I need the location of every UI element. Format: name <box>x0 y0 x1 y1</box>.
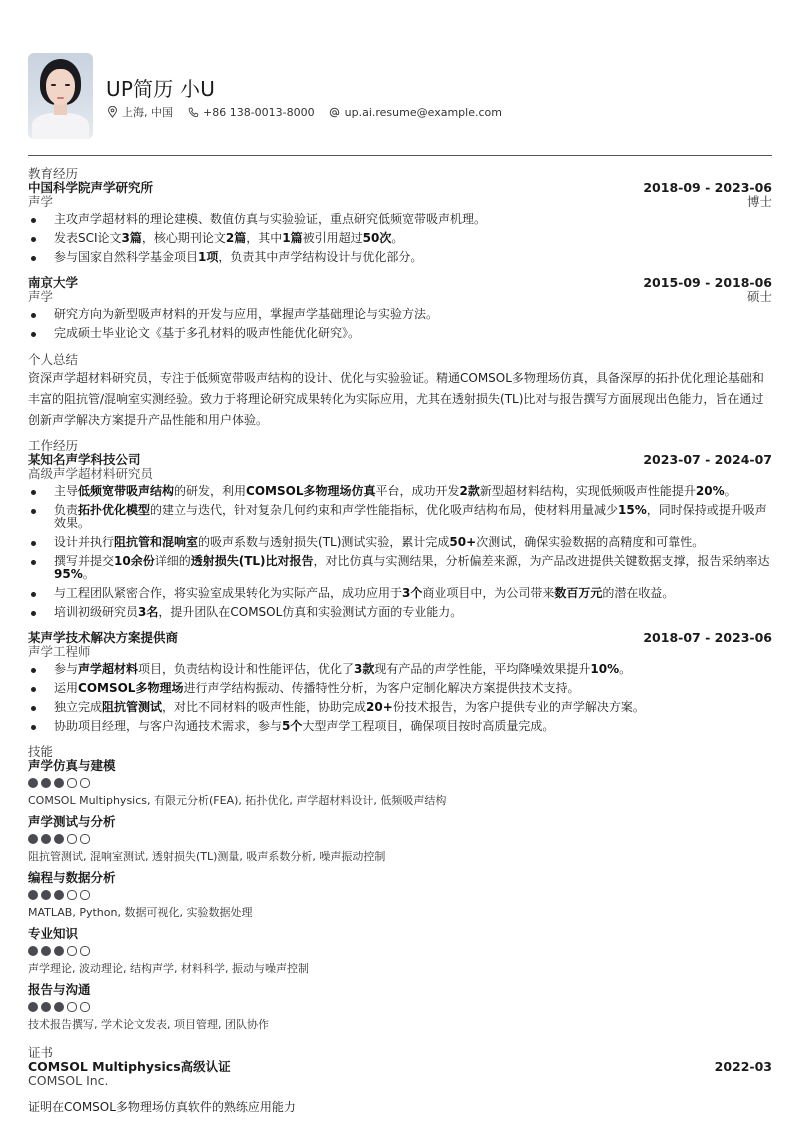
work-entry: 某声学技术解决方案提供商 声学工程师 2018-07 - 2023-06 参与声… <box>28 631 772 733</box>
skill-name: 报告与沟通 <box>28 983 772 997</box>
skill-item: 声学仿真与建模COMSOL Multiphysics, 有限元分析(FEA), … <box>28 759 772 807</box>
filled-dot-icon <box>54 1002 64 1012</box>
section-title: 技能 <box>28 745 772 759</box>
bullet-list: 主攻声学超材料的理论建模、数值仿真与实验验证，重点研究低频宽带吸声机理。发表SC… <box>28 213 772 264</box>
company-name: 某知名声学科技公司 <box>28 453 153 467</box>
empty-dot-icon <box>67 946 77 956</box>
empty-dot-icon <box>67 778 77 788</box>
phone-icon <box>187 106 199 118</box>
resume-body: 教育经历 中国科学院声学研究所 声学 2018-09 - 2023-06 博士 … <box>28 167 772 1114</box>
filled-dot-icon <box>28 778 38 788</box>
empty-dot-icon <box>80 946 90 956</box>
bullet-item: 设计并执行阻抗管和混响室的吸声系数与透射损失(TL)测试实验，累计完成50+次测… <box>28 536 772 549</box>
summary-text: 资深声学超材料研究员，专注于低频宽带吸声结构的设计、优化与实验验证。精通COMS… <box>28 368 772 431</box>
filled-dot-icon <box>28 890 38 900</box>
certificate-date: 2022-03 <box>715 1060 772 1074</box>
job-title: 声学工程师 <box>28 645 178 659</box>
skill-name: 专业知识 <box>28 927 772 941</box>
bullet-list: 研究方向为新型吸声材料的开发与应用，掌握声学基础理论与实验方法。完成硕士毕业论文… <box>28 308 772 340</box>
major: 声学 <box>28 195 153 209</box>
bullet-item: 培训初级研究员3名，提升团队在COMSOL仿真和实验测试方面的专业能力。 <box>28 606 772 619</box>
skill-name: 声学测试与分析 <box>28 815 772 829</box>
filled-dot-icon <box>28 946 38 956</box>
filled-dot-icon <box>54 778 64 788</box>
bullet-item: 负责拓扑优化模型的建立与迭代，针对复杂几何约束和声学性能指标，优化吸声结构布局，… <box>28 504 772 530</box>
skill-item: 声学测试与分析阻抗管测试, 混响室测试, 透射损失(TL)测量, 吸声系数分析,… <box>28 815 772 863</box>
certificate-description: 证明在COMSOL多物理场仿真软件的熟练应用能力 <box>28 1100 772 1114</box>
filled-dot-icon <box>41 890 51 900</box>
contact-info: 上海, 中国 +86 138-0013-8000 up.ai.resume@ex… <box>106 104 502 120</box>
skill-level-rating <box>28 1002 772 1012</box>
date-range: 2023-07 - 2024-07 <box>643 453 772 467</box>
bullet-item: 完成硕士毕业论文《基于多孔材料的吸声性能优化研究》。 <box>28 327 772 340</box>
skill-level-rating <box>28 890 772 900</box>
location-text: 上海, 中国 <box>122 104 173 120</box>
certificates-section: 证书 COMSOL Multiphysics高级认证 COMSOL Inc. 2… <box>28 1046 772 1114</box>
header-divider <box>28 155 772 156</box>
skill-name: 编程与数据分析 <box>28 871 772 885</box>
empty-dot-icon <box>67 834 77 844</box>
bullet-item: 独立完成阻抗管测试，对比不同材料的吸声性能，协助完成20+份技术报告，为客户提供… <box>28 701 772 714</box>
summary-section: 个人总结 资深声学超材料研究员，专注于低频宽带吸声结构的设计、优化与实验验证。精… <box>28 353 772 431</box>
empty-dot-icon <box>80 1002 90 1012</box>
school-name: 中国科学院声学研究所 <box>28 181 153 195</box>
candidate-name: UP简历 小U <box>106 73 215 102</box>
date-range: 2018-07 - 2023-06 <box>643 631 772 645</box>
section-title: 工作经历 <box>28 439 772 453</box>
degree: 博士 <box>747 195 772 209</box>
job-title: 高级声学超材料研究员 <box>28 467 153 481</box>
skill-item: 报告与沟通技术报告撰写, 学术论文发表, 项目管理, 团队协作 <box>28 983 772 1031</box>
resume-header: UP简历 小U 上海, 中国 +86 138-0013-8000 up.ai.r… <box>28 53 772 143</box>
bullet-item: 主导低频宽带吸声结构的研发，利用COMSOL多物理场仿真平台，成功开发2款新型超… <box>28 485 772 498</box>
section-title: 教育经历 <box>28 167 772 181</box>
bullet-item: 运用COMSOL多物理场进行声学结构振动、传播特性分析，为客户定制化解决方案提供… <box>28 682 772 695</box>
education-entry: 南京大学 声学 2015-09 - 2018-06 硕士 研究方向为新型吸声材料… <box>28 276 772 340</box>
filled-dot-icon <box>41 778 51 788</box>
skill-level-rating <box>28 778 772 788</box>
school-name: 南京大学 <box>28 276 78 290</box>
filled-dot-icon <box>54 946 64 956</box>
filled-dot-icon <box>41 946 51 956</box>
map-pin-icon <box>106 106 118 118</box>
education-section: 教育经历 中国科学院声学研究所 声学 2018-09 - 2023-06 博士 … <box>28 167 772 340</box>
empty-dot-icon <box>80 890 90 900</box>
filled-dot-icon <box>54 834 64 844</box>
bullet-list: 参与声学超材料项目，负责结构设计和性能评估，优化了3款现有产品的声学性能，平均降… <box>28 663 772 733</box>
email-link[interactable]: up.ai.resume@example.com <box>345 106 502 119</box>
phone-text[interactable]: +86 138-0013-8000 <box>203 106 315 119</box>
education-entry: 中国科学院声学研究所 声学 2018-09 - 2023-06 博士 主攻声学超… <box>28 181 772 264</box>
skill-keywords: 技术报告撰写, 学术论文发表, 项目管理, 团队协作 <box>28 1018 772 1031</box>
skill-level-rating <box>28 946 772 956</box>
skill-keywords: 阻抗管测试, 混响室测试, 透射损失(TL)测量, 吸声系数分析, 噪声振动控制 <box>28 850 772 863</box>
major: 声学 <box>28 290 78 304</box>
filled-dot-icon <box>41 1002 51 1012</box>
section-title: 个人总结 <box>28 353 772 367</box>
bullet-item: 研究方向为新型吸声材料的开发与应用，掌握声学基础理论与实验方法。 <box>28 308 772 321</box>
bullet-item: 主攻声学超材料的理论建模、数值仿真与实验验证，重点研究低频宽带吸声机理。 <box>28 213 772 226</box>
skills-list: 声学仿真与建模COMSOL Multiphysics, 有限元分析(FEA), … <box>28 759 772 1031</box>
certificate-issuer: COMSOL Inc. <box>28 1074 231 1088</box>
filled-dot-icon <box>54 890 64 900</box>
section-title: 证书 <box>28 1046 772 1060</box>
at-sign-icon <box>329 106 341 118</box>
empty-dot-icon <box>67 1002 77 1012</box>
bullet-item: 与工程团队紧密合作，将实验室成果转化为实际产品，成功应用于3个商业项目中，为公司… <box>28 587 772 600</box>
skill-item: 专业知识声学理论, 波动理论, 结构声学, 材料科学, 振动与噪声控制 <box>28 927 772 975</box>
skill-keywords: 声学理论, 波动理论, 结构声学, 材料科学, 振动与噪声控制 <box>28 962 772 975</box>
skill-keywords: COMSOL Multiphysics, 有限元分析(FEA), 拓扑优化, 声… <box>28 794 772 807</box>
bullet-item: 发表SCI论文3篇，核心期刊论文2篇，其中1篇被引用超过50次。 <box>28 232 772 245</box>
filled-dot-icon <box>28 834 38 844</box>
skill-level-rating <box>28 834 772 844</box>
skill-name: 声学仿真与建模 <box>28 759 772 773</box>
skill-item: 编程与数据分析MATLAB, Python, 数据可视化, 实验数据处理 <box>28 871 772 919</box>
date-range: 2018-09 - 2023-06 <box>643 181 772 195</box>
empty-dot-icon <box>67 890 77 900</box>
company-name: 某声学技术解决方案提供商 <box>28 631 178 645</box>
bullet-list: 主导低频宽带吸声结构的研发，利用COMSOL多物理场仿真平台，成功开发2款新型超… <box>28 485 772 619</box>
bullet-item: 参与国家自然科学基金项目1项，负责其中声学结构设计与优化部分。 <box>28 251 772 264</box>
empty-dot-icon <box>80 778 90 788</box>
certificate-entry: COMSOL Multiphysics高级认证 COMSOL Inc. 2022… <box>28 1060 772 1114</box>
profile-photo <box>28 53 93 139</box>
degree: 硕士 <box>747 290 772 304</box>
bullet-item: 协助项目经理，与客户沟通技术需求，参与5个大型声学工程项目，确保项目按时高质量完… <box>28 720 772 733</box>
certificate-name: COMSOL Multiphysics高级认证 <box>28 1060 231 1074</box>
filled-dot-icon <box>41 834 51 844</box>
filled-dot-icon <box>28 1002 38 1012</box>
skill-keywords: MATLAB, Python, 数据可视化, 实验数据处理 <box>28 906 772 919</box>
bullet-item: 撰写并提交10余份详细的透射损失(TL)比对报告，对比仿真与实测结果，分析偏差来… <box>28 555 772 581</box>
date-range: 2015-09 - 2018-06 <box>643 276 772 290</box>
work-section: 工作经历 某知名声学科技公司 高级声学超材料研究员 2023-07 - 2024… <box>28 439 772 733</box>
work-entry: 某知名声学科技公司 高级声学超材料研究员 2023-07 - 2024-07 主… <box>28 453 772 619</box>
skills-section: 技能 声学仿真与建模COMSOL Multiphysics, 有限元分析(FEA… <box>28 745 772 1031</box>
bullet-item: 参与声学超材料项目，负责结构设计和性能评估，优化了3款现有产品的声学性能，平均降… <box>28 663 772 676</box>
empty-dot-icon <box>80 834 90 844</box>
